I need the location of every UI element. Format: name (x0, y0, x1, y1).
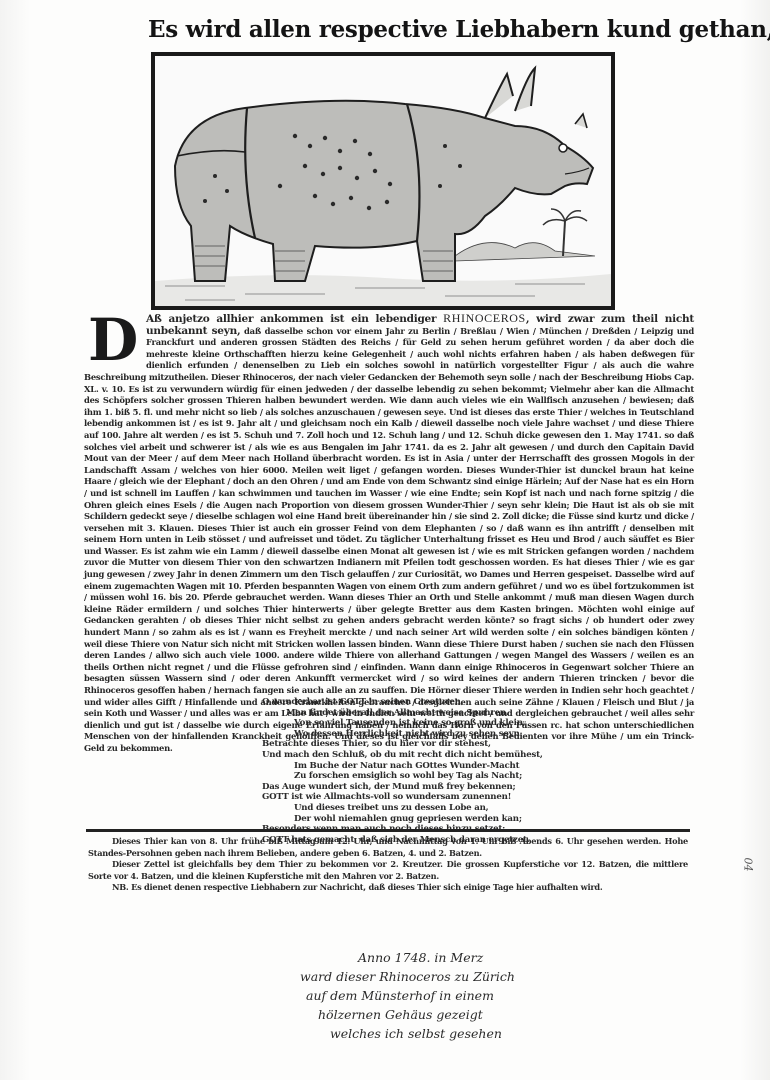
rhinoceros-woodcut (151, 52, 615, 310)
body-paragraph: daß dasselbe schon vor einem Jahr zu Ber… (84, 326, 694, 753)
poem-line: Man findet überall der Allmacht weise Sp… (262, 708, 562, 719)
poem: O wunderbar ist GOTT in seinen Creaturen… (262, 697, 562, 845)
poem-line: Betrachte dieses Thier, so du hier vor d… (262, 739, 562, 750)
poem-line: O wunderbar ist GOTT in seinen Creaturen… (262, 697, 562, 708)
poem-line: Und dieses treibet uns zu dessen Lobe an… (262, 803, 562, 814)
handwritten-line: hölzernen Gehäus gezeigt (300, 1005, 600, 1024)
rhinoceros-heading-word: RHINOCEROS (443, 311, 526, 325)
poem-line: Wo dessen Herrlichkeit nicht wird zu seh… (262, 729, 562, 740)
main-description: D Aß anjetzo allhier ankommen ist ein le… (84, 313, 694, 755)
rhinoceros-icon (155, 56, 611, 306)
poem-line: Der wohl niemahlen gnug gepriesen werden… (262, 814, 562, 825)
broadside-title: Es wird allen respective Liebhabern kund… (148, 16, 668, 43)
footer-paragraph: Dieses Thier kan von 8. Uhr frühe biß Mi… (88, 836, 688, 859)
poem-line: GOTT ist wie Allmachts-voll so wundersam… (262, 792, 562, 803)
poem-line: Das Auge wundert sich, der Mund muß frey… (262, 782, 562, 793)
decorated-initial: D (84, 313, 142, 367)
admission-notice: Dieses Thier kan von 8. Uhr frühe biß Mi… (88, 836, 688, 894)
poem-line: Und mach den Schluß, ob du mit recht dic… (262, 750, 562, 761)
footer-paragraph: Dieser Zettel ist gleichfalls bey dem Th… (88, 859, 688, 882)
poem-line: Zu forschen emsiglich so wohl bey Tag al… (262, 771, 562, 782)
handwritten-annotation: Anno 1748. in Merz ward dieser Rhinocero… (300, 948, 600, 1043)
poem-line: Von so viel Tausenden ist keine so groß … (262, 718, 562, 729)
margin-number: 04 (742, 858, 755, 872)
handwritten-line: welches ich selbst gesehen (300, 1024, 600, 1043)
handwritten-line: Anno 1748. in Merz (300, 948, 600, 967)
footer-paragraph: NB. Es dienet denen respective Liebhaber… (88, 882, 688, 894)
handwritten-line: ward dieser Rhinoceros zu Zürich (300, 967, 600, 986)
divider-rule (86, 829, 690, 832)
poem-line: Im Buche der Natur nach GOttes Wunder-Ma… (262, 761, 562, 772)
handwritten-line: auf dem Münsterhof in einem (300, 986, 600, 1005)
